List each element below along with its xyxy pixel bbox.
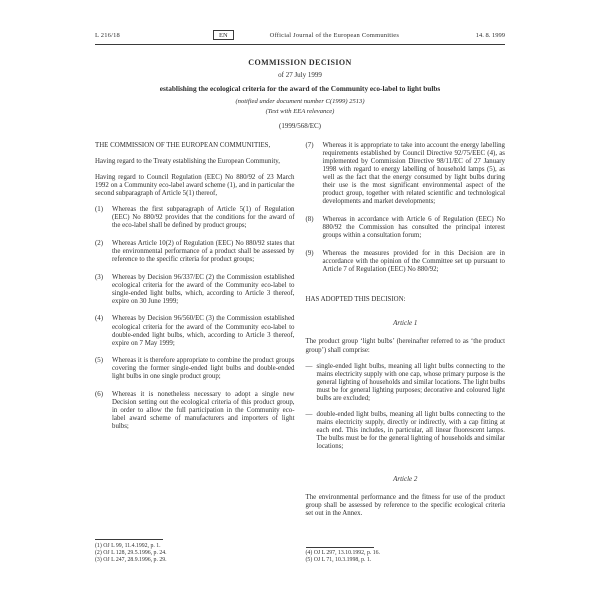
dash-marker: — xyxy=(306,411,317,451)
preamble-having-treaty: Having regard to the Treaty establishing… xyxy=(95,158,295,166)
notification-line: (notified under document number C(1999) … xyxy=(95,98,505,105)
decision-title-block: COMMISSION DECISION of 27 July 1999 esta… xyxy=(95,58,505,130)
language-code-box: EN xyxy=(213,30,234,40)
recital-text: Whereas it is nonetheless necessary to a… xyxy=(112,391,295,431)
footnote-3: (3) OJ L 247, 28.9.1996, p. 29. xyxy=(95,557,295,564)
recital-2: (2) Whereas Article 10(2) of Regulation … xyxy=(95,240,295,264)
recital-5: (5) Whereas it is therefore appropriate … xyxy=(95,357,295,381)
footnotes-left: (1) OJ L 99, 11.4.1992, p. 1. (2) OJ L 1… xyxy=(95,539,295,564)
recital-text: Whereas it is appropriate to take into a… xyxy=(323,142,506,207)
recital-number: (9) xyxy=(306,250,323,274)
decision-number: (1999/568/EC) xyxy=(95,122,505,130)
article-1-item-single-ended: — single-ended light bulbs, meaning all … xyxy=(306,363,506,403)
article-1-item-double-ended: — double-ended light bulbs, meaning all … xyxy=(306,411,506,451)
recital-number: (5) xyxy=(95,357,112,381)
recital-number: (3) xyxy=(95,274,112,306)
left-column: THE COMMISSION OF THE EUROPEAN COMMUNITI… xyxy=(95,142,295,565)
recital-text: Whereas the measures provided for in thi… xyxy=(323,250,506,274)
right-column: (7) Whereas it is appropriate to take in… xyxy=(306,142,506,565)
preamble-having-regulation: Having regard to Council Regulation (EEC… xyxy=(95,174,295,198)
footnote-rule xyxy=(95,539,163,540)
recital-4: (4) Whereas by Decision 96/560/EC (3) th… xyxy=(95,315,295,347)
recital-number: (7) xyxy=(306,142,323,207)
recital-3: (3) Whereas by Decision 96/337/EC (2) th… xyxy=(95,274,295,306)
recital-text: Whereas in accordance with Article 6 of … xyxy=(323,216,506,240)
article-1-intro: The product group ‘light bulbs’ (hereina… xyxy=(306,338,506,354)
item-text: double-ended light bulbs, meaning all li… xyxy=(317,411,506,451)
decision-kind: COMMISSION DECISION xyxy=(95,58,505,67)
footnote-5: (5) OJ L 71, 10.3.1998, p. 1. xyxy=(306,557,506,564)
footnote-rule xyxy=(306,547,374,548)
oj-document-page: L 216/18 EN Official Journal of the Euro… xyxy=(0,0,600,600)
article-1-heading: Article 1 xyxy=(306,319,506,327)
footnotes-right: (4) OJ L 297, 13.10.1992, p. 16. (5) OJ … xyxy=(306,547,506,565)
page-content: L 216/18 EN Official Journal of the Euro… xyxy=(95,30,505,565)
article-2-heading: Article 2 xyxy=(306,475,506,483)
enacting-formula: HAS ADOPTED THIS DECISION: xyxy=(306,296,506,304)
footnote-1: (1) OJ L 99, 11.4.1992, p. 1. xyxy=(95,543,295,550)
article-2-body: The environmental performance and the fi… xyxy=(306,494,506,518)
journal-header: L 216/18 EN Official Journal of the Euro… xyxy=(95,30,505,45)
item-text: single-ended light bulbs, meaning all li… xyxy=(317,363,506,403)
recital-number: (4) xyxy=(95,315,112,347)
recital-8: (8) Whereas in accordance with Article 6… xyxy=(306,216,506,240)
recital-6: (6) Whereas it is nonetheless necessary … xyxy=(95,391,295,431)
recital-text: Whereas the first subparagraph of Articl… xyxy=(112,206,295,230)
decision-subject: establishing the ecological criteria for… xyxy=(95,84,505,93)
recital-9: (9) Whereas the measures provided for in… xyxy=(306,250,506,274)
recital-text: Whereas it is therefore appropriate to c… xyxy=(112,357,295,381)
recital-1: (1) Whereas the first subparagraph of Ar… xyxy=(95,206,295,230)
preamble-commission: THE COMMISSION OF THE EUROPEAN COMMUNITI… xyxy=(95,142,295,150)
recital-7: (7) Whereas it is appropriate to take in… xyxy=(306,142,506,207)
eea-relevance-line: (Text with EEA relevance) xyxy=(95,108,505,115)
dash-marker: — xyxy=(306,363,317,403)
journal-date: 14. 8. 1999 xyxy=(435,32,505,39)
recital-text: Whereas by Decision 96/337/EC (2) the Co… xyxy=(112,274,295,306)
decision-date: of 27 July 1999 xyxy=(95,71,505,79)
recital-number: (6) xyxy=(95,391,112,431)
body-columns: THE COMMISSION OF THE EUROPEAN COMMUNITI… xyxy=(95,142,505,565)
recital-text: Whereas by Decision 96/560/EC (3) the Co… xyxy=(112,315,295,347)
journal-title: Official Journal of the European Communi… xyxy=(234,32,435,39)
recital-number: (8) xyxy=(306,216,323,240)
recital-number: (1) xyxy=(95,206,112,230)
recital-text: Whereas Article 10(2) of Regulation (EEC… xyxy=(112,240,295,264)
recital-number: (2) xyxy=(95,240,112,264)
page-reference: L 216/18 xyxy=(95,32,213,39)
